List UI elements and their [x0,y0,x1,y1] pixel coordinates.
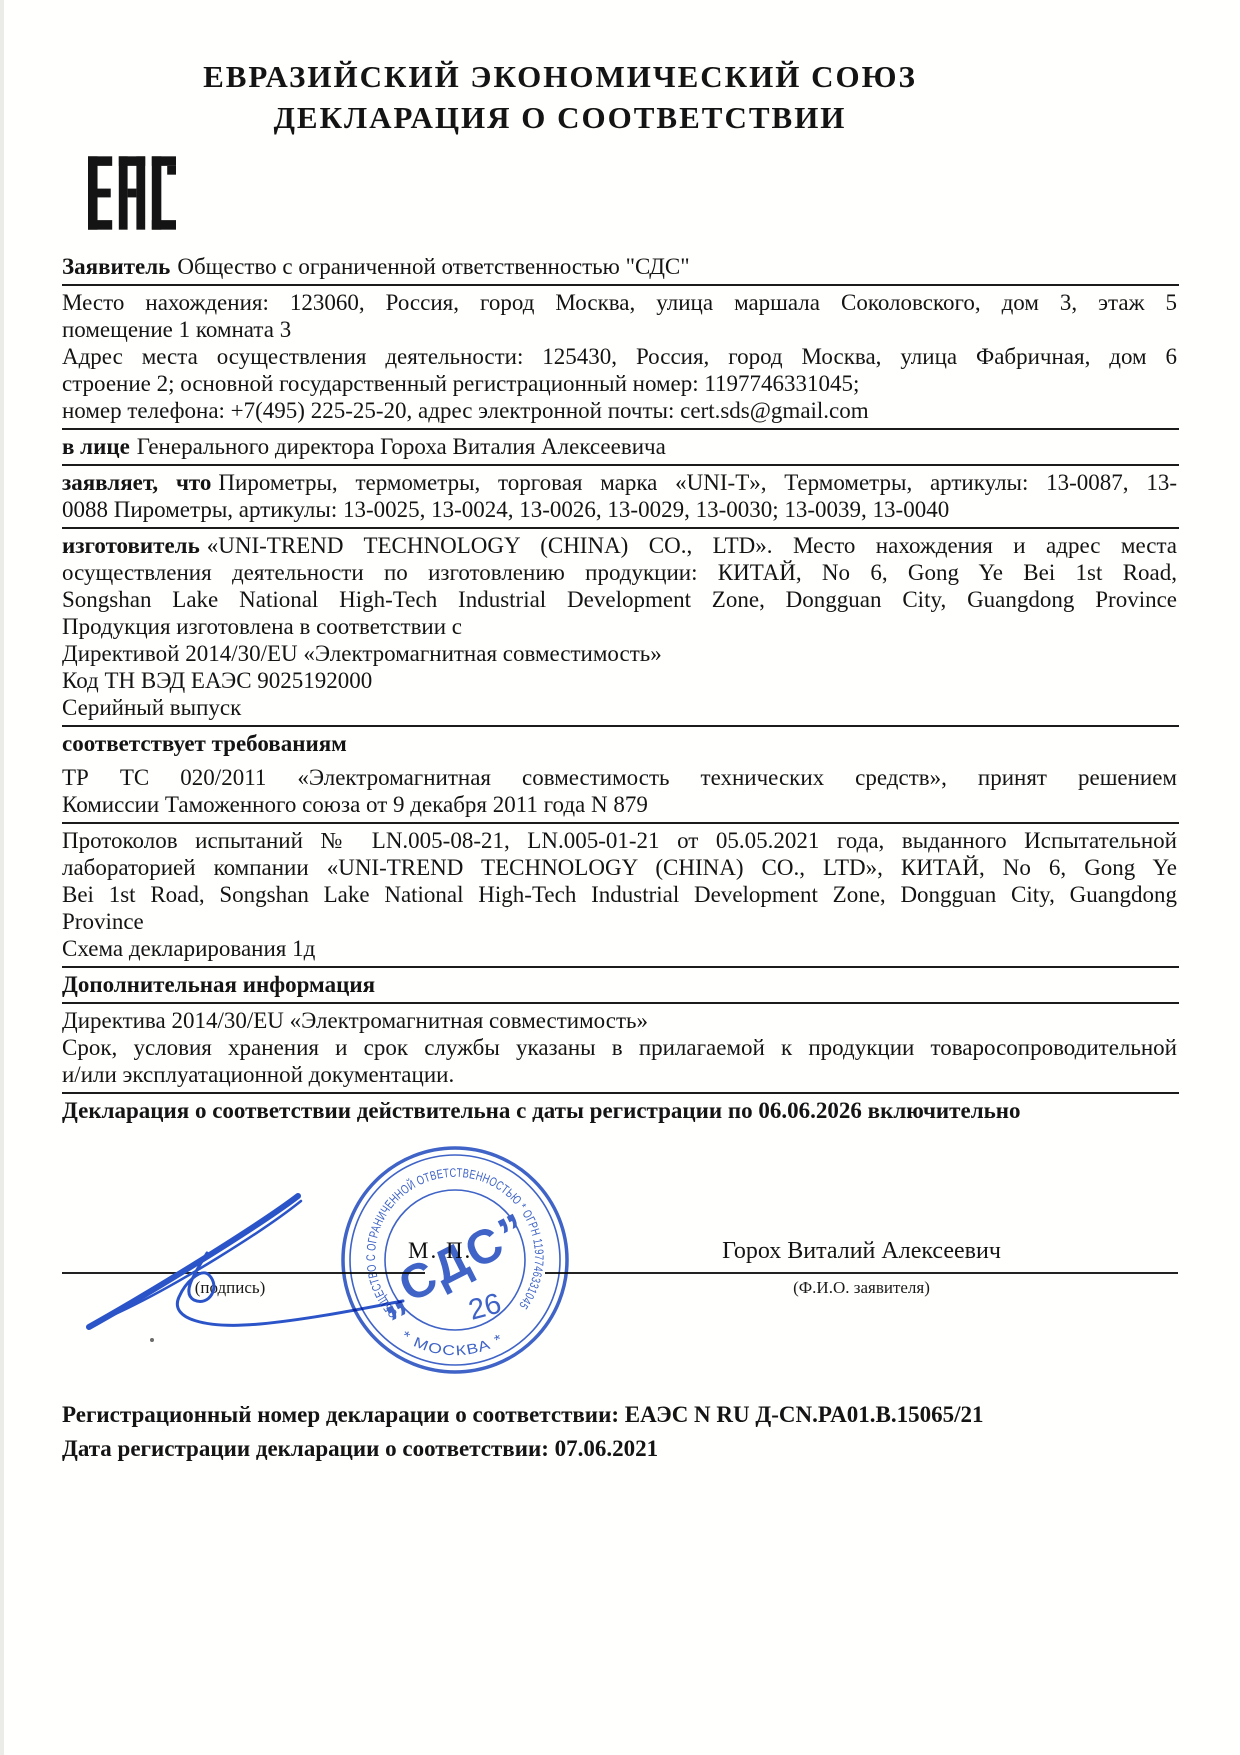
protocols-line: Bei 1st Road, Songshan Lake National Hig… [62,881,1177,908]
declares-label: заявляет, что [62,470,211,495]
applicant-name-line [545,1272,1178,1274]
applicant-name: Горох Виталий Алексеевич [545,1238,1178,1265]
directive-line: Директивой 2014/30/EU «Электромагнитная … [62,640,1177,667]
serial-issue-line: Серийный выпуск [62,694,1177,721]
additional-info-block: Директива 2014/30/EU «Электромагнитная с… [62,1004,1179,1094]
address-block: Место нахождения: 123060, Россия, город … [62,286,1179,430]
tr-ts-line: Комиссии Таможенного союза от 9 декабря … [62,791,1177,818]
page-subtitle: ДЕКЛАРАЦИЯ О СООТВЕТСТВИИ [40,97,1080,138]
company-stamp: ОБЩЕСТВО С ОГРАНИЧЕННОЙ ОТВЕТСТВЕННОСТЬЮ… [323,1128,587,1392]
tnved-code-line: Код ТН ВЭД ЕАЭС 9025192000 [62,667,1177,694]
protocols-line: Province [62,908,1177,935]
tr-ts-block: ТР ТС 020/2011 «Электромагнитная совмест… [62,761,1179,824]
registration-number-line: Регистрационный номер декларации о соотв… [62,1398,1179,1432]
registration-block: Регистрационный номер декларации о соотв… [62,1398,1179,1466]
registration-date-line: Дата регистрации декларации о соответств… [62,1432,1179,1466]
person-label: в лице [62,434,130,459]
additional-line: Директива 2014/30/EU «Электромагнитная с… [62,1007,1177,1034]
additional-line: Срок, условия хранения и срок службы ука… [62,1034,1177,1061]
eac-logo [88,146,176,240]
manufacturer-label: изготовитель [62,533,200,558]
tr-ts-line: ТР ТС 020/2011 «Электромагнитная совмест… [62,764,1177,791]
scan-edge-shadow [0,0,4,1755]
scheme-line: Схема декларирования 1д [62,935,1177,962]
validity-statement: Декларация о соответствии действительна … [62,1094,1179,1128]
complies-heading: соответствует требованиям [62,727,1179,761]
protocols-block: Протоколов испытаний № LN.005-08-21, LN.… [62,824,1179,968]
applicant-value: Общество с ограниченной ответственностью… [177,254,689,279]
declares-line: заявляет, чтоПирометры, термометры, торг… [62,469,1177,496]
stamp-center-text: „СДС” [367,1203,539,1326]
address-line: Адрес места осуществления деятельности: … [62,343,1177,370]
manufacturer-line: осуществления деятельности по изготовлен… [62,559,1177,586]
document-body: ЗаявительОбщество с ограниченной ответст… [62,250,1179,1128]
additional-info-heading: Дополнительная информация [62,968,1179,1004]
address-line: Место нахождения: 123060, Россия, город … [62,289,1177,316]
stamp-city-text: * МОСКВА * [399,1327,506,1358]
applicant-label: Заявитель [62,254,170,279]
manufacturer-block: изготовитель«UNI-TREND TECHNOLOGY (CHINA… [62,529,1179,727]
protocols-line: Протоколов испытаний № LN.005-08-21, LN.… [62,827,1177,854]
page-title: ЕВРАЗИЙСКИЙ ЭКОНОМИЧЕСКИЙ СОЮЗ [40,56,1080,97]
address-line: строение 2; основной государственный рег… [62,370,1177,397]
manufacturer-line: Songshan Lake National High-Tech Industr… [62,586,1177,613]
applicant-row: ЗаявительОбщество с ограниченной ответст… [62,250,1179,286]
declares-line: 0088 Пирометры, артикулы: 13-0025, 13-00… [62,496,1177,523]
additional-line: и/или эксплуатационной документации. [62,1061,1177,1088]
person-row: в лицеГенерального директора Гороха Вита… [62,430,1179,466]
address-line: номер телефона: +7(495) 225-25-20, адрес… [62,397,1177,424]
address-line: помещение 1 комната 3 [62,316,1177,343]
declares-block: заявляет, чтоПирометры, термометры, торг… [62,466,1179,529]
document-header: ЕВРАЗИЙСКИЙ ЭКОНОМИЧЕСКИЙ СОЮЗ ДЕКЛАРАЦИ… [40,56,1080,138]
person-value: Генерального директора Гороха Виталия Ал… [137,434,666,459]
stamp-number: 26 [465,1288,504,1327]
manufacturer-line: Продукция изготовлена в соответствии с [62,613,1177,640]
applicant-name-caption: (Ф.И.О. заявителя) [545,1278,1178,1298]
manufacturer-line: изготовитель«UNI-TREND TECHNOLOGY (CHINA… [62,532,1177,559]
protocols-line: лабораторией компании «UNI-TREND TECHNOL… [62,854,1177,881]
declaration-document: ЕВРАЗИЙСКИЙ ЭКОНОМИЧЕСКИЙ СОЮЗ ДЕКЛАРАЦИ… [0,0,1240,1755]
